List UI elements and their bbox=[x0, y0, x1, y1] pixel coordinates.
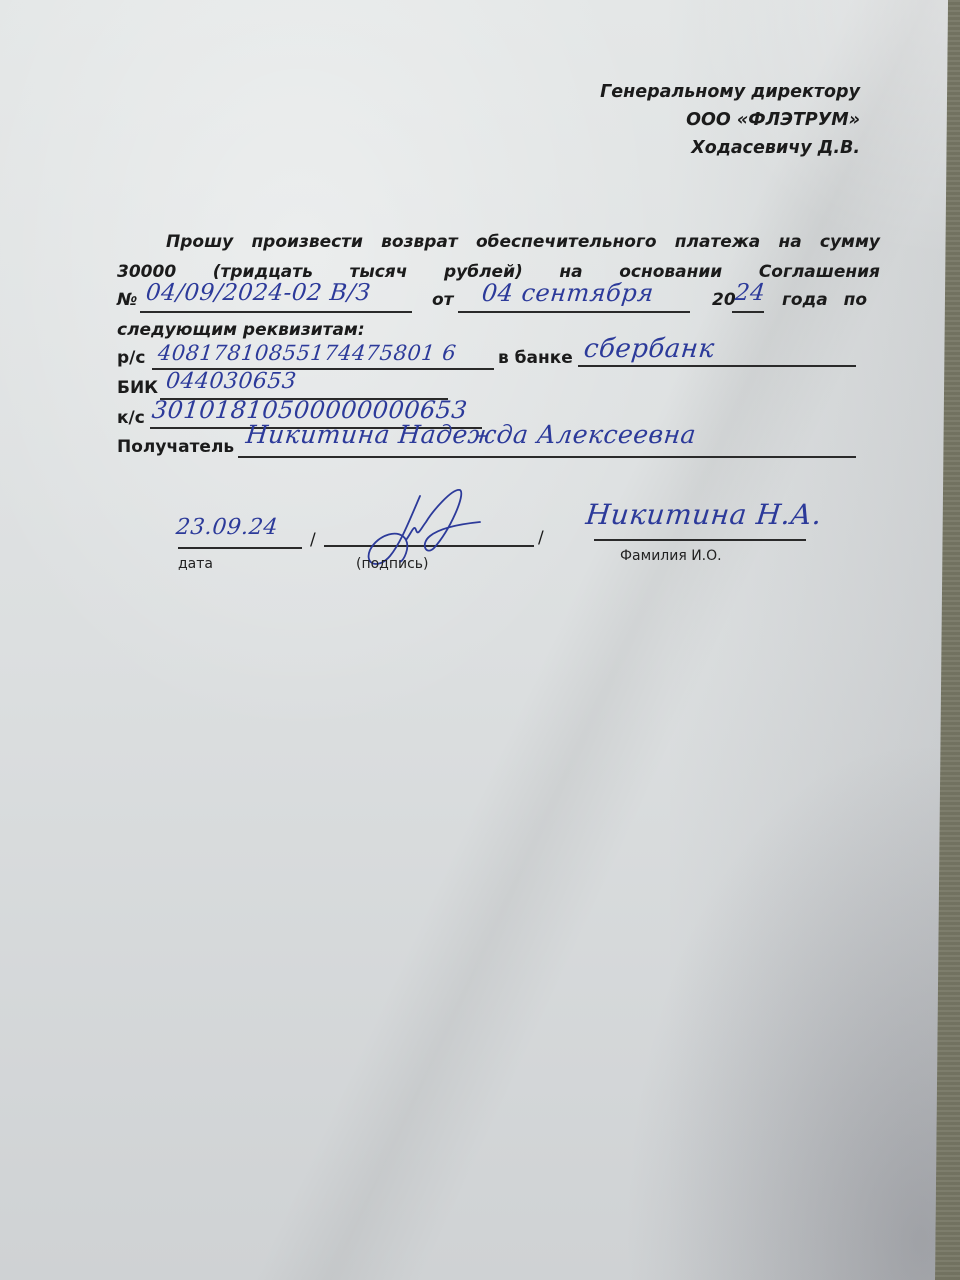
recipient-line bbox=[238, 456, 856, 458]
date-caption: дата bbox=[178, 556, 213, 572]
year-value: 24 bbox=[734, 280, 767, 306]
bank-label: в банке bbox=[498, 348, 573, 368]
agreement-date-line bbox=[458, 311, 690, 313]
bank-line bbox=[578, 365, 856, 367]
addressee-name: Ходасевичу Д.В. bbox=[691, 138, 860, 158]
corr-account-label: к/с bbox=[117, 408, 145, 428]
body-word: (тридцать bbox=[213, 262, 313, 282]
paper-sheet: Генеральному директору ООО «ФЛЭТРУМ» Ход… bbox=[0, 0, 948, 1280]
agreement-number-line bbox=[140, 311, 412, 313]
body-word: платежа bbox=[675, 232, 760, 252]
agreement-number-label: № bbox=[117, 290, 137, 310]
account-label: р/с bbox=[117, 348, 145, 368]
separator-2: / bbox=[538, 528, 544, 548]
name-caption: Фамилия И.О. bbox=[620, 548, 722, 564]
body-word: обеспечительного bbox=[476, 232, 657, 252]
addressee-company: ООО «ФЛЭТРУМ» bbox=[686, 110, 860, 130]
from-label: от bbox=[432, 290, 454, 310]
year-line bbox=[732, 311, 764, 313]
body-word: тысяч bbox=[349, 262, 407, 282]
body-line-1: Прошупроизвестивозвратобеспечительногопл… bbox=[166, 232, 880, 252]
body-word: сумму bbox=[820, 232, 880, 252]
name-line bbox=[594, 539, 806, 541]
bik-value: 044030653 bbox=[165, 369, 298, 394]
date-line bbox=[178, 547, 302, 549]
agreement-number-value: 04/09/2024-02 В/З bbox=[145, 280, 372, 306]
body-word: произвести bbox=[251, 232, 363, 252]
signing-date-value: 23.09.24 bbox=[175, 515, 280, 540]
year-suffix: года по bbox=[782, 290, 867, 310]
recipient-label: Получатель bbox=[117, 437, 234, 457]
body-word: Соглашения bbox=[759, 262, 880, 282]
bik-label: БИК bbox=[117, 378, 158, 398]
body-word: Прошу bbox=[166, 232, 233, 252]
recipient-value: Никитина Надежда Алексеевна bbox=[244, 420, 697, 449]
signer-name-value: Никитина Н.А. bbox=[584, 498, 823, 531]
signature-caption: (подпись) bbox=[356, 556, 429, 572]
separator-1: / bbox=[310, 530, 316, 550]
body-word: возврат bbox=[381, 232, 458, 252]
year-prefix: 20 bbox=[712, 290, 736, 310]
bank-value: сбербанк bbox=[582, 334, 716, 364]
body-word: 30000 bbox=[117, 262, 176, 282]
addressee-position: Генеральному директору bbox=[600, 82, 860, 102]
body-line-4: следующим реквизитам: bbox=[117, 320, 365, 340]
body-word: на bbox=[778, 232, 801, 252]
agreement-date-value: 04 сентября bbox=[481, 279, 656, 307]
account-value: 40817810855174475801 6 bbox=[157, 341, 458, 365]
